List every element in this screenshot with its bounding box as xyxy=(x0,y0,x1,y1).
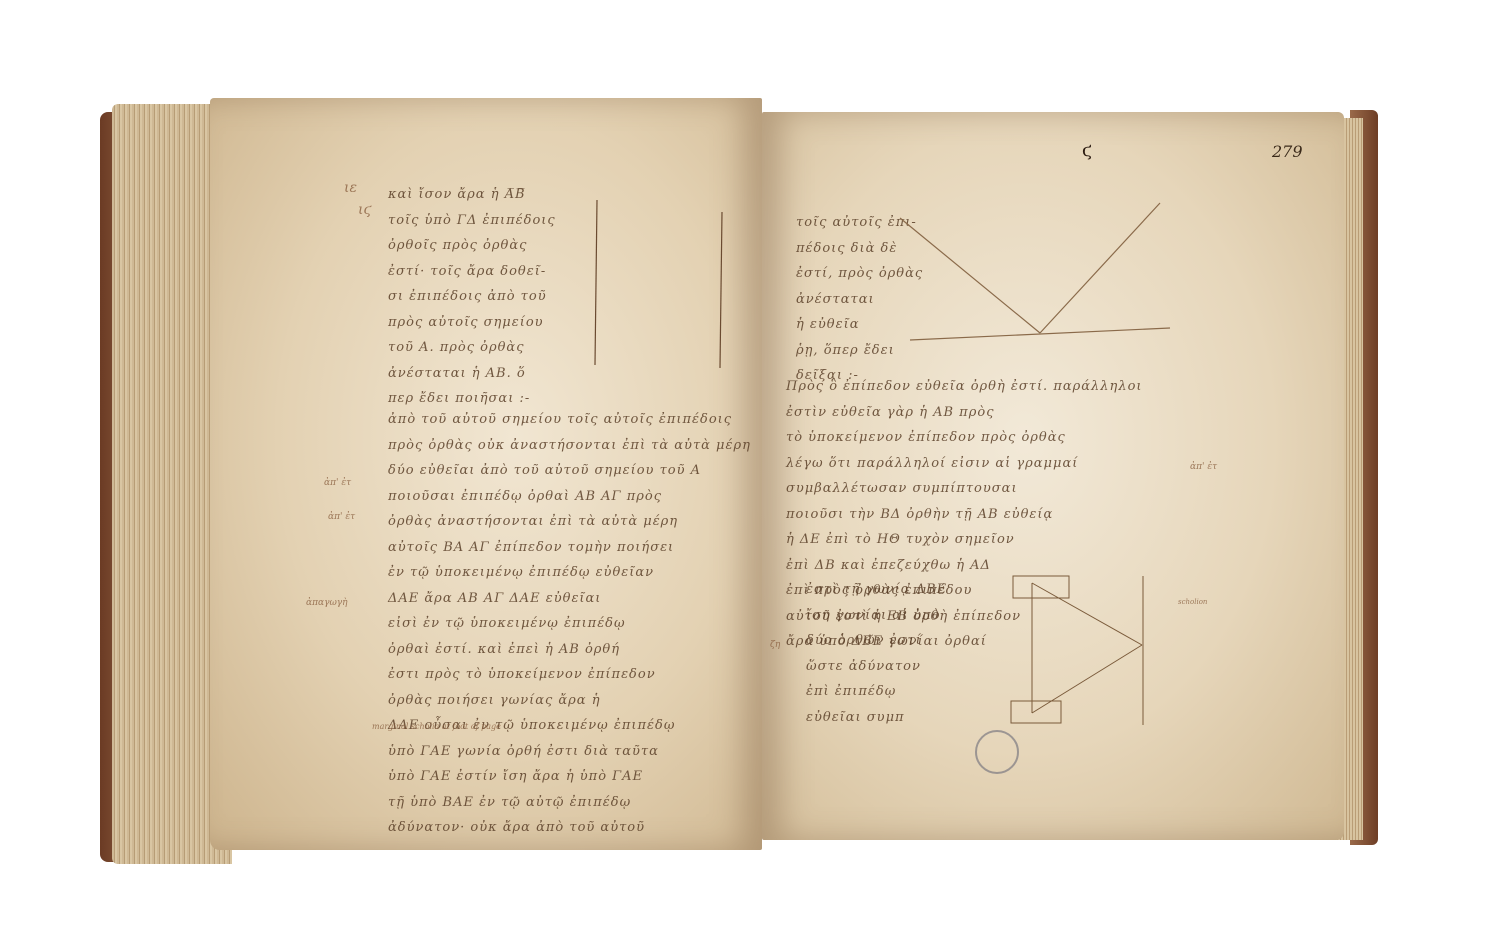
geometric-diagrams xyxy=(0,0,1500,950)
manuscript-photo: καὶ ἴσον ἄρα ἡ Α̅Β̅ τοῖς ὑπὸ ΓΔ ἐπιπέδοι… xyxy=(0,0,1500,950)
